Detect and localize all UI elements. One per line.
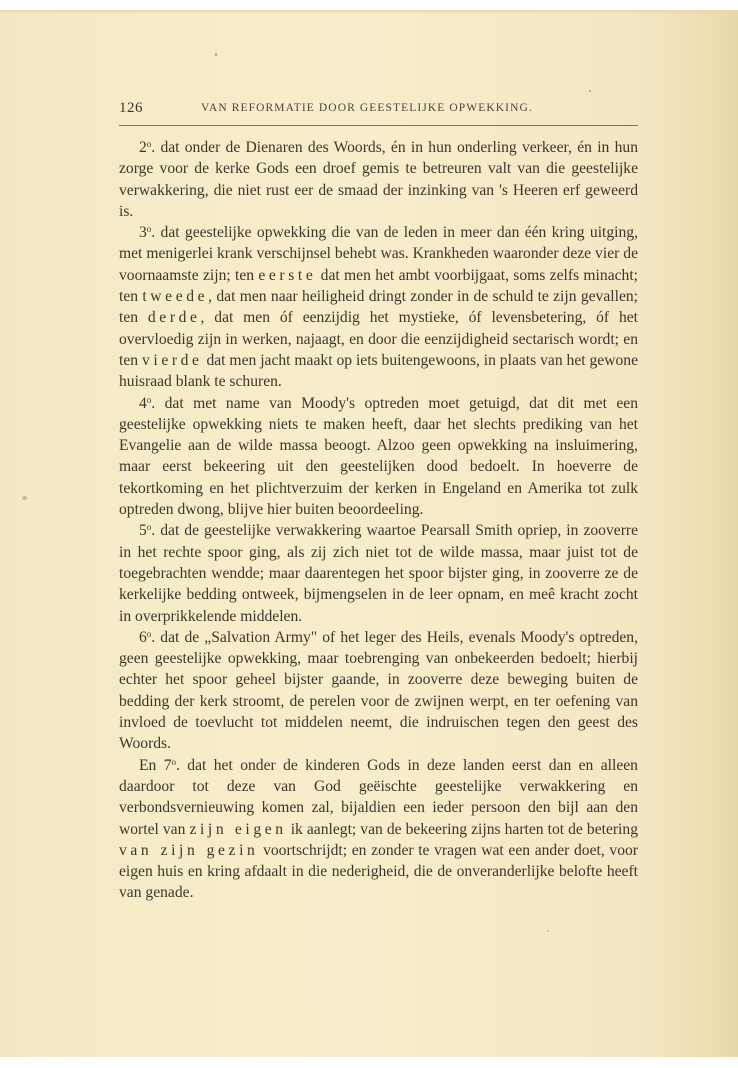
ink-speck (215, 53, 217, 56)
ink-speck (22, 496, 27, 500)
paragraph-ordinal: 5 (139, 522, 147, 539)
paragraph-ordinal: 4 (139, 395, 147, 412)
page-edge-shadow (0, 10, 738, 14)
running-title: VAN REFORMATIE DOOR GEESTELIJKE OPWEKKIN… (201, 102, 533, 114)
paragraph-4: 4o. dat met name van Moody's optreden mo… (119, 393, 638, 521)
emphasized-spaced-text: van zijn gezin (119, 842, 258, 859)
paragraph-ordinal: 6 (139, 629, 147, 646)
emphasized-spaced-text: tweede (142, 288, 208, 305)
emphasized-spaced-text: derde (148, 309, 201, 326)
ink-speck (589, 90, 591, 92)
paragraph-2: 2o. dat onder de Dienaren des Woords, én… (119, 137, 638, 222)
paragraph-5: 5o. dat de geestelijke verwakkering waar… (119, 520, 638, 626)
paragraph-6: 6o. dat de „Salvation Army" of het leger… (119, 627, 638, 755)
paragraph-7: En 7o. dat het onder de kinderen Gods in… (119, 755, 638, 904)
paragraph-text: . dat met name van Moody's optreden moet… (119, 395, 638, 518)
paragraph-ordinal: 3 (139, 224, 147, 241)
header-rule (119, 125, 638, 126)
paragraph-3: 3o. dat geestelijke opwekking die van de… (119, 222, 638, 392)
paragraph-text: . dat onder de Dienaren des Woords, én i… (119, 139, 638, 220)
emphasized-spaced-text: zijn eigen (189, 821, 286, 838)
paragraph-text: . dat de geestelijke verwakkering waarto… (119, 522, 638, 624)
emphasized-spaced-text: vierde (142, 352, 203, 369)
page-number: 126 (119, 100, 143, 117)
paragraph-text: ik aanlegt; van de bekeering zijns harte… (287, 821, 638, 838)
paragraph-text: . dat de „Salvation Army" of het leger d… (119, 629, 638, 752)
running-head: 126 VAN REFORMATIE DOOR GEESTELIJKE OPWE… (119, 100, 639, 118)
emphasized-spaced-text: eerste (258, 267, 316, 284)
paragraph-prefix: En (139, 757, 164, 774)
paragraph-ordinal: 2 (139, 139, 147, 156)
ink-speck (547, 930, 549, 932)
paragraph-ordinal: 7 (164, 757, 172, 774)
body-text: 2o. dat onder de Dienaren des Woords, én… (119, 137, 638, 904)
